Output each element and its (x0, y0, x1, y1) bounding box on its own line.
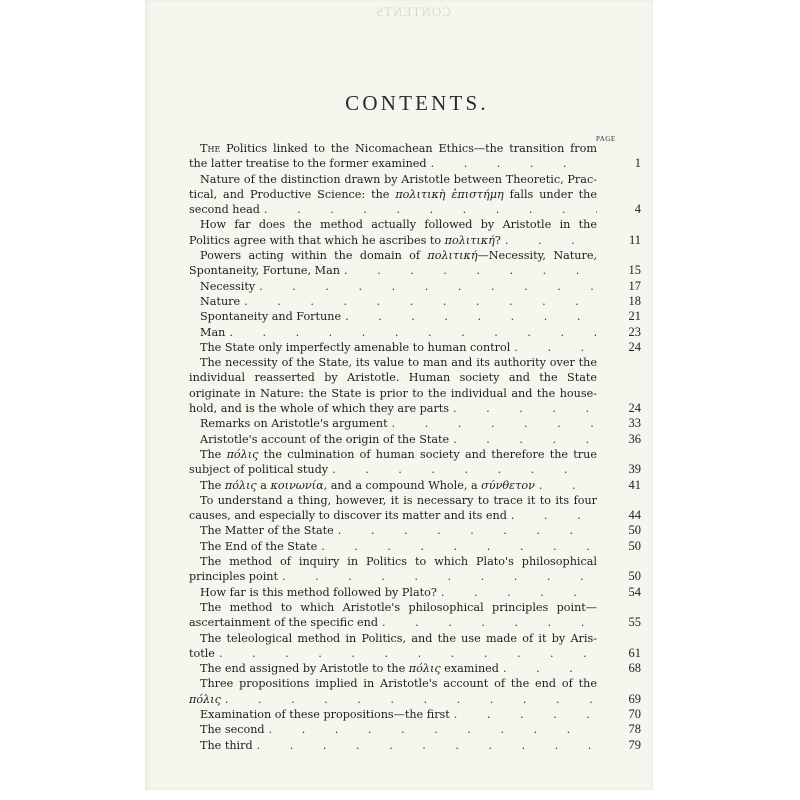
toc-entry-line: The πόλις the culmination of human socie… (189, 447, 597, 462)
toc-entry[interactable]: The method of inquiry in Politics to whi… (189, 554, 597, 585)
toc-entry-text: The second (200, 722, 265, 737)
page-number: 33 (611, 416, 641, 431)
toc-entry-text: totle (189, 646, 215, 661)
page-number: 78 (611, 722, 641, 737)
toc-entry-line: How far does the method actually followe… (189, 217, 597, 232)
toc-entry[interactable]: How far does the method actually followe… (189, 217, 597, 248)
toc-entry-line: originate in Nature: the State is prior … (189, 386, 597, 401)
page-column-label: PAGE (596, 135, 616, 143)
toc-entry-line: Nature of the distinction drawn by Arist… (189, 172, 597, 187)
toc-entry-line: individual reasserted by Aristotle. Huma… (189, 370, 597, 385)
dot-leader: . . . . . . . . . . . . . . . . . . . . … (514, 340, 597, 355)
page-number: 68 (611, 661, 641, 676)
page-number: 4 (611, 202, 641, 217)
dot-leader: . . . . . . . . . . . . . . . . . . . . … (259, 279, 597, 294)
toc-entry-line: The End of the State. . . . . . . . . . … (189, 539, 597, 554)
dot-leader: . . . . . . . . . . . . . . . . . . . . … (225, 692, 597, 707)
toc-entry-text: the latter treatise to the former examin… (189, 156, 427, 171)
dot-leader: . . . . . . . . . . . . . . . . . . . . … (219, 646, 597, 661)
toc-entry-line: The Matter of the State. . . . . . . . .… (189, 523, 597, 538)
page-number: 50 (611, 539, 641, 554)
book-page: CONTENTS CONTENTS. PAGE The Politics lin… (145, 0, 653, 790)
toc-entry[interactable]: To understand a thing, however, it is ne… (189, 493, 597, 524)
page-number: 36 (611, 432, 641, 447)
greek-term: πολιτική (427, 249, 477, 262)
bleed-through-header: CONTENTS (375, 4, 451, 20)
page-title: CONTENTS. (145, 91, 653, 116)
dot-leader: . . . . . . . . . . . . . . . . . . . . … (229, 325, 597, 340)
toc-entry-line: principles point. . . . . . . . . . . . … (189, 569, 597, 584)
toc-entry[interactable]: Nature. . . . . . . . . . . . . . . . . … (189, 294, 597, 309)
toc-entry-line: subject of political study. . . . . . . … (189, 462, 597, 477)
toc-entry-line: The Politics linked to the Nicomachean E… (189, 141, 597, 156)
toc-entry[interactable]: Man. . . . . . . . . . . . . . . . . . .… (189, 325, 597, 340)
toc-entry[interactable]: The Matter of the State. . . . . . . . .… (189, 523, 597, 538)
dot-leader: . . . . . . . . . . . . . . . . . . . . … (453, 432, 597, 447)
dot-leader: . . . . . . . . . . . . . . . . . . . . … (454, 707, 597, 722)
toc-entry-text: Spontaneity, Fortune, Man (189, 263, 340, 278)
toc-entry[interactable]: Powers acting within the domain of πολιτ… (189, 248, 597, 279)
toc-entry-line: The third. . . . . . . . . . . . . . . .… (189, 738, 597, 753)
page-number: 79 (611, 738, 641, 753)
toc-entry-text: Remarks on Aristotle's argument (200, 416, 388, 431)
dot-leader: . . . . . . . . . . . . . . . . . . . . … (269, 722, 597, 737)
table-of-contents: The Politics linked to the Nicomachean E… (189, 141, 597, 753)
toc-entry-line: How far is this method followed by Plato… (189, 585, 597, 600)
greek-term: πόλις (225, 479, 257, 492)
page-number: 50 (611, 523, 641, 538)
greek-term: πολιτική (445, 234, 495, 247)
toc-entry[interactable]: The teleological method in Politics, and… (189, 631, 597, 662)
toc-entry-text: Examination of these propositions—the fi… (200, 707, 450, 722)
greek-term: πόλις (409, 662, 441, 675)
toc-entry-line: totle. . . . . . . . . . . . . . . . . .… (189, 646, 597, 661)
toc-entry-line: Spontaneity, Fortune, Man. . . . . . . .… (189, 263, 597, 278)
toc-entry[interactable]: The πόλις a κοινωνία, and a compound Who… (189, 478, 597, 493)
toc-entry[interactable]: The Politics linked to the Nicomachean E… (189, 141, 597, 172)
toc-entry-text: How far is this method followed by Plato… (200, 585, 437, 600)
greek-term: κοινωνία (271, 479, 324, 492)
toc-entry-line: Aristotle's account of the origin of the… (189, 432, 597, 447)
page-number: 24 (611, 340, 641, 355)
toc-entry-line: The second. . . . . . . . . . . . . . . … (189, 722, 597, 737)
page-number: 24 (611, 401, 641, 416)
toc-entry-text: causes, and especially to discover its m… (189, 508, 507, 523)
dot-leader: . . . . . . . . . . . . . . . . . . . . … (431, 156, 597, 171)
toc-entry-line: The πόλις a κοινωνία, and a compound Who… (189, 478, 597, 493)
toc-entry-text: hold, and is the whole of which they are… (189, 401, 449, 416)
page-number: 41 (611, 478, 641, 493)
dot-leader: . . . . . . . . . . . . . . . . . . . . … (382, 615, 597, 630)
page-number: 61 (611, 646, 641, 661)
toc-entry[interactable]: Three propositions implied in Aristotle'… (189, 676, 597, 707)
toc-entry-line: Nature. . . . . . . . . . . . . . . . . … (189, 294, 597, 309)
dot-leader: . . . . . . . . . . . . . . . . . . . . … (338, 523, 597, 538)
dot-leader: . . . . . . . . . . . . . . . . . . . . … (345, 309, 597, 324)
toc-entry-line: Man. . . . . . . . . . . . . . . . . . .… (189, 325, 597, 340)
toc-entry[interactable]: Spontaneity and Fortune. . . . . . . . .… (189, 309, 597, 324)
greek-term: σύνθετον (481, 479, 535, 492)
dot-leader: . . . . . . . . . . . . . . . . . . . . … (453, 401, 597, 416)
toc-entry-text: The end assigned by Aristotle to the πόλ… (200, 661, 499, 676)
dot-leader: . . . . . . . . . . . . . . . . . . . . … (321, 539, 597, 554)
toc-entry[interactable]: Necessity. . . . . . . . . . . . . . . .… (189, 279, 597, 294)
toc-entry-text: Man (200, 325, 225, 340)
page-number: 39 (611, 462, 641, 477)
toc-entry-text: ascertainment of the specific end (189, 615, 378, 630)
toc-entry[interactable]: The second. . . . . . . . . . . . . . . … (189, 722, 597, 737)
toc-entry-text: Necessity (200, 279, 255, 294)
toc-entry-line: hold, and is the whole of which they are… (189, 401, 597, 416)
dot-leader: . . . . . . . . . . . . . . . . . . . . … (257, 738, 597, 753)
toc-entry-text: second head (189, 202, 260, 217)
page-number: 21 (611, 309, 641, 324)
toc-entry[interactable]: The end assigned by Aristotle to the πόλ… (189, 661, 597, 676)
toc-entry-text: πόλις (189, 692, 221, 707)
toc-entry-line: The method to which Aristotle's philosop… (189, 600, 597, 615)
page-number: 11 (611, 233, 641, 248)
toc-entry-line: The necessity of the State, its value to… (189, 355, 597, 370)
toc-entry-text: The πόλις a κοινωνία, and a compound Who… (200, 478, 535, 493)
toc-entry-text: Aristotle's account of the origin of the… (200, 432, 449, 447)
toc-entry[interactable]: The State only imperfectly amenable to h… (189, 340, 597, 355)
toc-entry-text: The Matter of the State (200, 523, 334, 538)
toc-entry-text: subject of political study (189, 462, 328, 477)
page-number: 50 (611, 569, 641, 584)
page-number: 70 (611, 707, 641, 722)
toc-entry-text: The End of the State (200, 539, 317, 554)
toc-entry-line: tical, and Productive Science: the πολιτ… (189, 187, 597, 202)
toc-entry[interactable]: Nature of the distinction drawn by Arist… (189, 172, 597, 218)
toc-entry-line: the latter treatise to the former examin… (189, 156, 597, 171)
dot-leader: . . . . . . . . . . . . . . . . . . . . … (539, 478, 597, 493)
toc-entry-text: Spontaneity and Fortune (200, 309, 341, 324)
toc-entry[interactable]: The End of the State. . . . . . . . . . … (189, 539, 597, 554)
toc-entry-line: The State only imperfectly amenable to h… (189, 340, 597, 355)
page-number: 1 (611, 156, 641, 171)
toc-entry-line: second head. . . . . . . . . . . . . . .… (189, 202, 597, 217)
toc-entry-line: The teleological method in Politics, and… (189, 631, 597, 646)
toc-entry-line: Necessity. . . . . . . . . . . . . . . .… (189, 279, 597, 294)
dot-leader: . . . . . . . . . . . . . . . . . . . . … (244, 294, 597, 309)
greek-term: πολιτικὴ ἐπιστήμη (395, 188, 503, 201)
toc-entry-line: To understand a thing, however, it is ne… (189, 493, 597, 508)
toc-entry-line: πόλις. . . . . . . . . . . . . . . . . .… (189, 692, 597, 707)
toc-entry-line: causes, and especially to discover its m… (189, 508, 597, 523)
toc-entry[interactable]: How far is this method followed by Plato… (189, 585, 597, 600)
toc-entry-line: Spontaneity and Fortune. . . . . . . . .… (189, 309, 597, 324)
dot-leader: . . . . . . . . . . . . . . . . . . . . … (441, 585, 597, 600)
toc-entry-text: The State only imperfectly amenable to h… (200, 340, 510, 355)
page-number: 17 (611, 279, 641, 294)
dot-leader: . . . . . . . . . . . . . . . . . . . . … (264, 202, 597, 217)
greek-term: πόλις (227, 448, 259, 461)
toc-entry-line: Powers acting within the domain of πολιτ… (189, 248, 597, 263)
page-number: 44 (611, 508, 641, 523)
dot-leader: . . . . . . . . . . . . . . . . . . . . … (505, 233, 597, 248)
page-number: 54 (611, 585, 641, 600)
toc-entry[interactable]: Examination of these propositions—the fi… (189, 707, 597, 722)
dot-leader: . . . . . . . . . . . . . . . . . . . . … (344, 263, 597, 278)
greek-term: πόλις (189, 693, 221, 706)
toc-entry-line: ascertainment of the specific end. . . .… (189, 615, 597, 630)
toc-entry[interactable]: The third. . . . . . . . . . . . . . . .… (189, 738, 597, 753)
toc-entry-text: Politics agree with that which he ascrib… (189, 233, 501, 248)
toc-entry[interactable]: The πόλις the culmination of human socie… (189, 447, 597, 478)
page-number: 18 (611, 294, 641, 309)
smallcaps-word: The (200, 142, 220, 155)
toc-entry-line: Three propositions implied in Aristotle'… (189, 676, 597, 691)
toc-entry-line: Politics agree with that which he ascrib… (189, 233, 597, 248)
toc-entry[interactable]: The method to which Aristotle's philosop… (189, 600, 597, 631)
toc-entry-line: Remarks on Aristotle's argument. . . . .… (189, 416, 597, 431)
toc-entry-text: principles point (189, 569, 278, 584)
dot-leader: . . . . . . . . . . . . . . . . . . . . … (511, 508, 597, 523)
dot-leader: . . . . . . . . . . . . . . . . . . . . … (332, 462, 597, 477)
toc-entry[interactable]: Aristotle's account of the origin of the… (189, 432, 597, 447)
dot-leader: . . . . . . . . . . . . . . . . . . . . … (503, 661, 597, 676)
dot-leader: . . . . . . . . . . . . . . . . . . . . … (392, 416, 597, 431)
toc-entry[interactable]: Remarks on Aristotle's argument. . . . .… (189, 416, 597, 431)
toc-entry-line: The method of inquiry in Politics to whi… (189, 554, 597, 569)
toc-entry-text: Nature (200, 294, 240, 309)
page-number: 69 (611, 692, 641, 707)
dot-leader: . . . . . . . . . . . . . . . . . . . . … (282, 569, 597, 584)
toc-entry-line: The end assigned by Aristotle to the πόλ… (189, 661, 597, 676)
page-number: 55 (611, 615, 641, 630)
toc-entry[interactable]: The necessity of the State, its value to… (189, 355, 597, 416)
toc-entry-line: Examination of these propositions—the fi… (189, 707, 597, 722)
page-number: 15 (611, 263, 641, 278)
toc-entry-text: The third (200, 738, 253, 753)
page-number: 23 (611, 325, 641, 340)
